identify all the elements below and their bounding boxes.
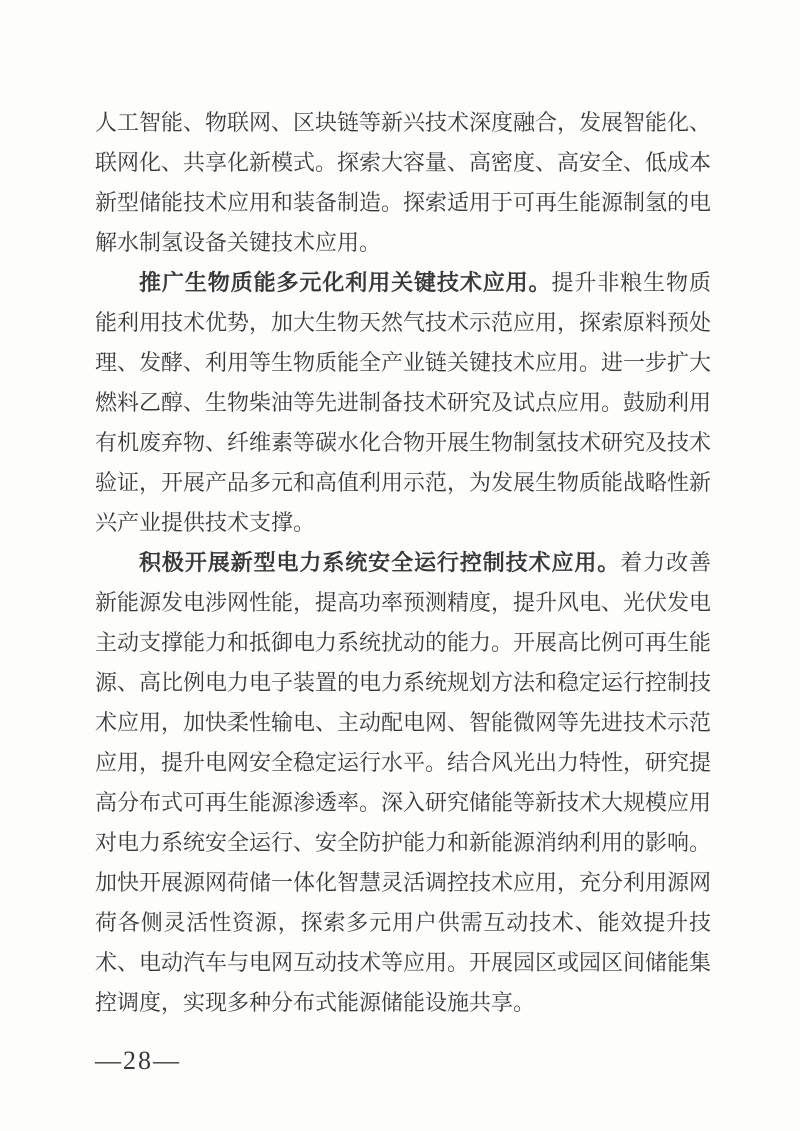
page-footer: —28—	[95, 1046, 181, 1076]
document-page: 人工智能、物联网、区块链等新兴技术深度融合，发展智能化、联网化、共享化新模式。探…	[0, 0, 800, 1131]
paragraph-lead-bold: 积极开展新型电力系统安全运行控制技术应用。	[139, 550, 620, 575]
paragraph-lead-bold: 推广生物质能多元化利用关键技术应用。	[139, 270, 551, 295]
paragraph: 推广生物质能多元化利用关键技术应用。提升非粮生物质能利用技术优势，加大生物天然气…	[95, 263, 711, 543]
paragraph: 积极开展新型电力系统安全运行控制技术应用。着力改善新能源发电涉网性能，提高功率预…	[95, 543, 711, 1023]
page-number: —28—	[95, 1046, 181, 1075]
paragraph-text: 着力改善新能源发电涉网性能，提高功率预测精度，提升风电、光伏发电主动支撑能力和抵…	[95, 550, 711, 1015]
paragraph-text: 人工智能、物联网、区块链等新兴技术深度融合，发展智能化、联网化、共享化新模式。探…	[95, 110, 711, 255]
document-body: 人工智能、物联网、区块链等新兴技术深度融合，发展智能化、联网化、共享化新模式。探…	[95, 103, 711, 1023]
paragraph: 人工智能、物联网、区块链等新兴技术深度融合，发展智能化、联网化、共享化新模式。探…	[95, 103, 711, 263]
paragraph-text: 提升非粮生物质能利用技术优势，加大生物天然气技术示范应用，探索原料预处理、发酵、…	[95, 270, 711, 535]
